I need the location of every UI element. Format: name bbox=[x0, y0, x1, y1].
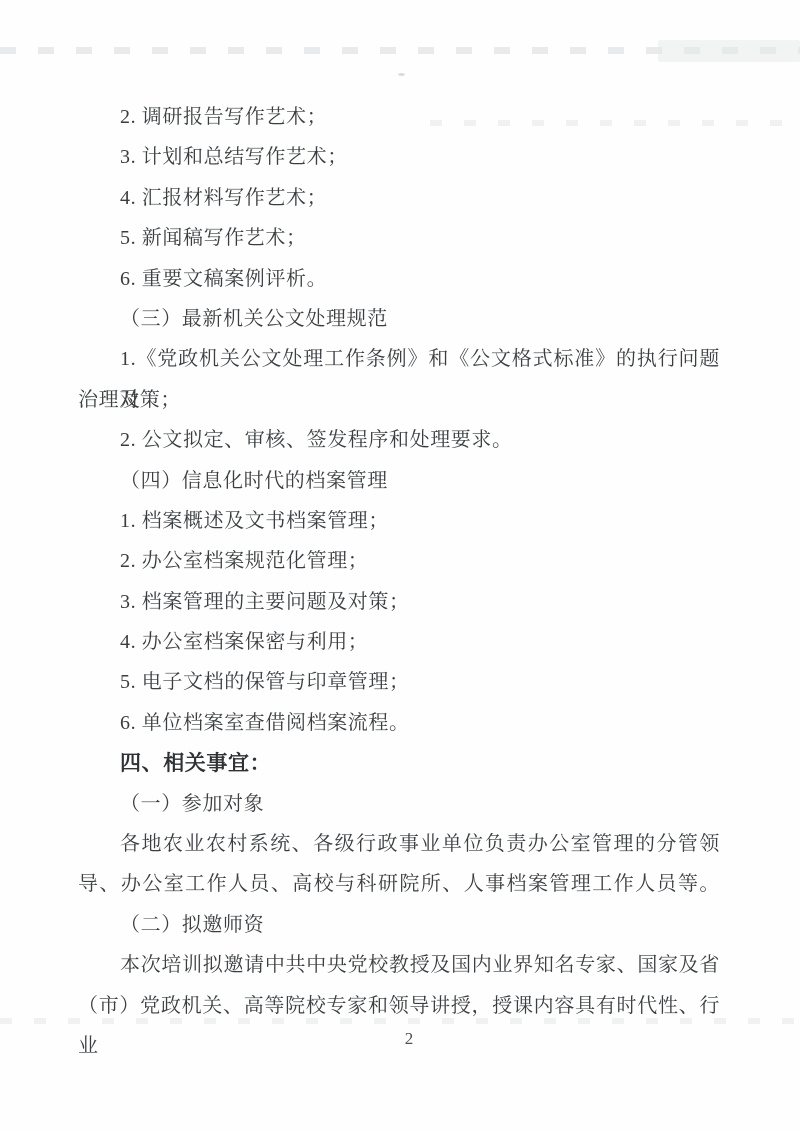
text-line: 1.《党政机关公文处理工作条例》和《公文格式标准》的执行问题及 bbox=[78, 339, 720, 379]
text-line: （四）信息化时代的档案管理 bbox=[78, 461, 720, 501]
text-line: 各地农业农村系统、各级行政事业单位负责办公室管理的分管领 bbox=[78, 824, 720, 864]
text-line: （三）最新机关公文处理规范 bbox=[78, 299, 720, 339]
scan-noise-speck bbox=[398, 73, 405, 76]
text-line: （一）参加对象 bbox=[78, 784, 720, 824]
document-body: 2. 调研报告写作艺术；3. 计划和总结写作艺术；4. 汇报材料写作艺术；5. … bbox=[78, 97, 720, 1026]
text-line: 1. 档案概述及文书档案管理； bbox=[78, 501, 720, 541]
page-number: 2 bbox=[9, 1026, 800, 1052]
text-line: 3. 计划和总结写作艺术； bbox=[78, 137, 720, 177]
text-line: 治理对策； bbox=[78, 380, 720, 420]
text-line: 2. 公文拟定、审核、签发程序和处理要求。 bbox=[78, 420, 720, 460]
text-line: 4. 办公室档案保密与利用； bbox=[78, 622, 720, 662]
text-line: 3. 档案管理的主要问题及对策； bbox=[78, 582, 720, 622]
text-line: 5. 电子文档的保管与印章管理； bbox=[78, 662, 720, 702]
text-line: 导、办公室工作人员、高校与科研院所、人事档案管理工作人员等。 bbox=[78, 864, 720, 904]
document-page: 2. 调研报告写作艺术；3. 计划和总结写作艺术；4. 汇报材料写作艺术；5. … bbox=[0, 0, 800, 1131]
text-line: 本次培训拟邀请中共中央党校教授及国内业界知名专家、国家及省 bbox=[78, 945, 720, 985]
text-line: 6. 单位档案室查借阅档案流程。 bbox=[78, 703, 720, 743]
text-line: 6. 重要文稿案例评析。 bbox=[78, 259, 720, 299]
text-line: 2. 调研报告写作艺术； bbox=[78, 97, 720, 137]
text-line: （二）拟邀师资 bbox=[78, 905, 720, 945]
scan-noise-band-top bbox=[0, 47, 800, 54]
text-line: 5. 新闻稿写作艺术； bbox=[78, 218, 720, 258]
text-line: 4. 汇报材料写作艺术； bbox=[78, 178, 720, 218]
text-line: 四、相关事宜： bbox=[78, 743, 720, 783]
scan-noise-blotch-top-right bbox=[658, 40, 800, 62]
text-line: （市）党政机关、高等院校专家和领导讲授，授课内容具有时代性、行业 bbox=[78, 986, 720, 1026]
text-line: 2. 办公室档案规范化管理； bbox=[78, 541, 720, 581]
